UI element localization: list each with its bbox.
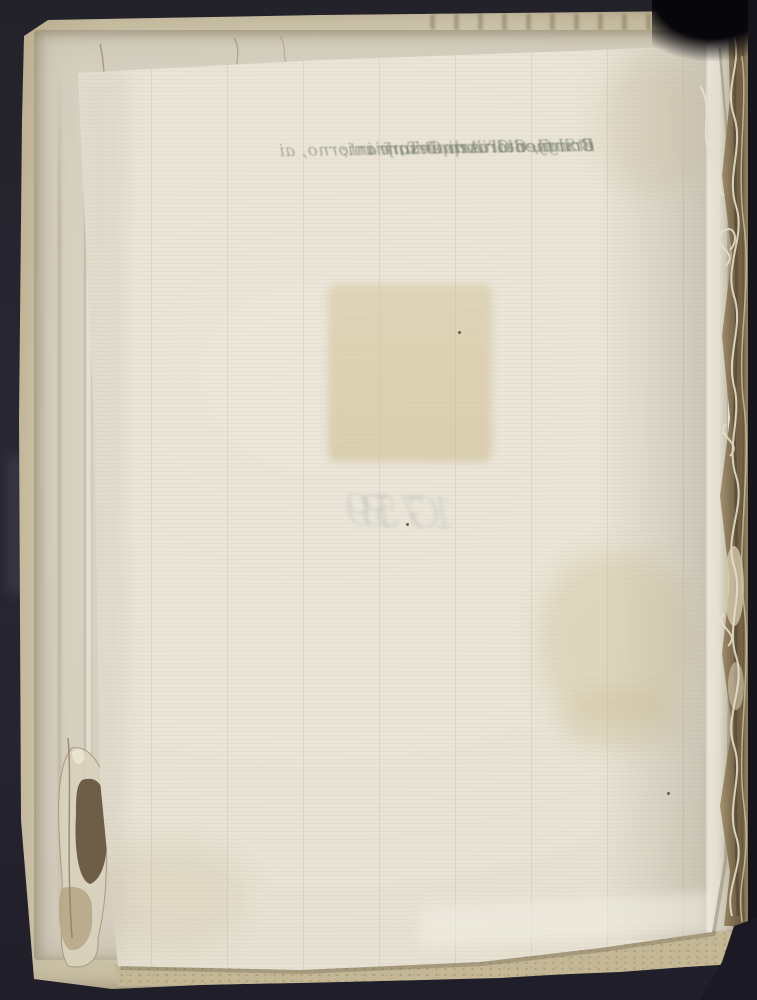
water-stain-gutter-low <box>560 690 680 750</box>
ink-speck <box>458 331 461 334</box>
flyleaf-page: Commentaria di Cesare intorno, ai Brunij… <box>0 0 757 1000</box>
ink-speck <box>406 523 409 526</box>
background-right-edge <box>748 0 757 1000</box>
binding-stub <box>690 26 754 932</box>
water-stain-bottom-left <box>95 840 245 950</box>
photo-background: Commentaria di Cesare intorno, ai Brunij… <box>0 0 757 1000</box>
ink-speck <box>667 792 670 795</box>
bleed-through-line: et il G. Giordano Bruni. <box>381 133 594 164</box>
spine-shadow <box>652 0 752 62</box>
bleed-through-shelfmark: 1759 G B <box>254 467 547 557</box>
bleed-through-text: Commentaria di Cesare intorno, ai Brunij… <box>234 133 596 265</box>
bleed-through-monogram: G B <box>358 485 441 539</box>
glue-stain <box>328 284 492 462</box>
